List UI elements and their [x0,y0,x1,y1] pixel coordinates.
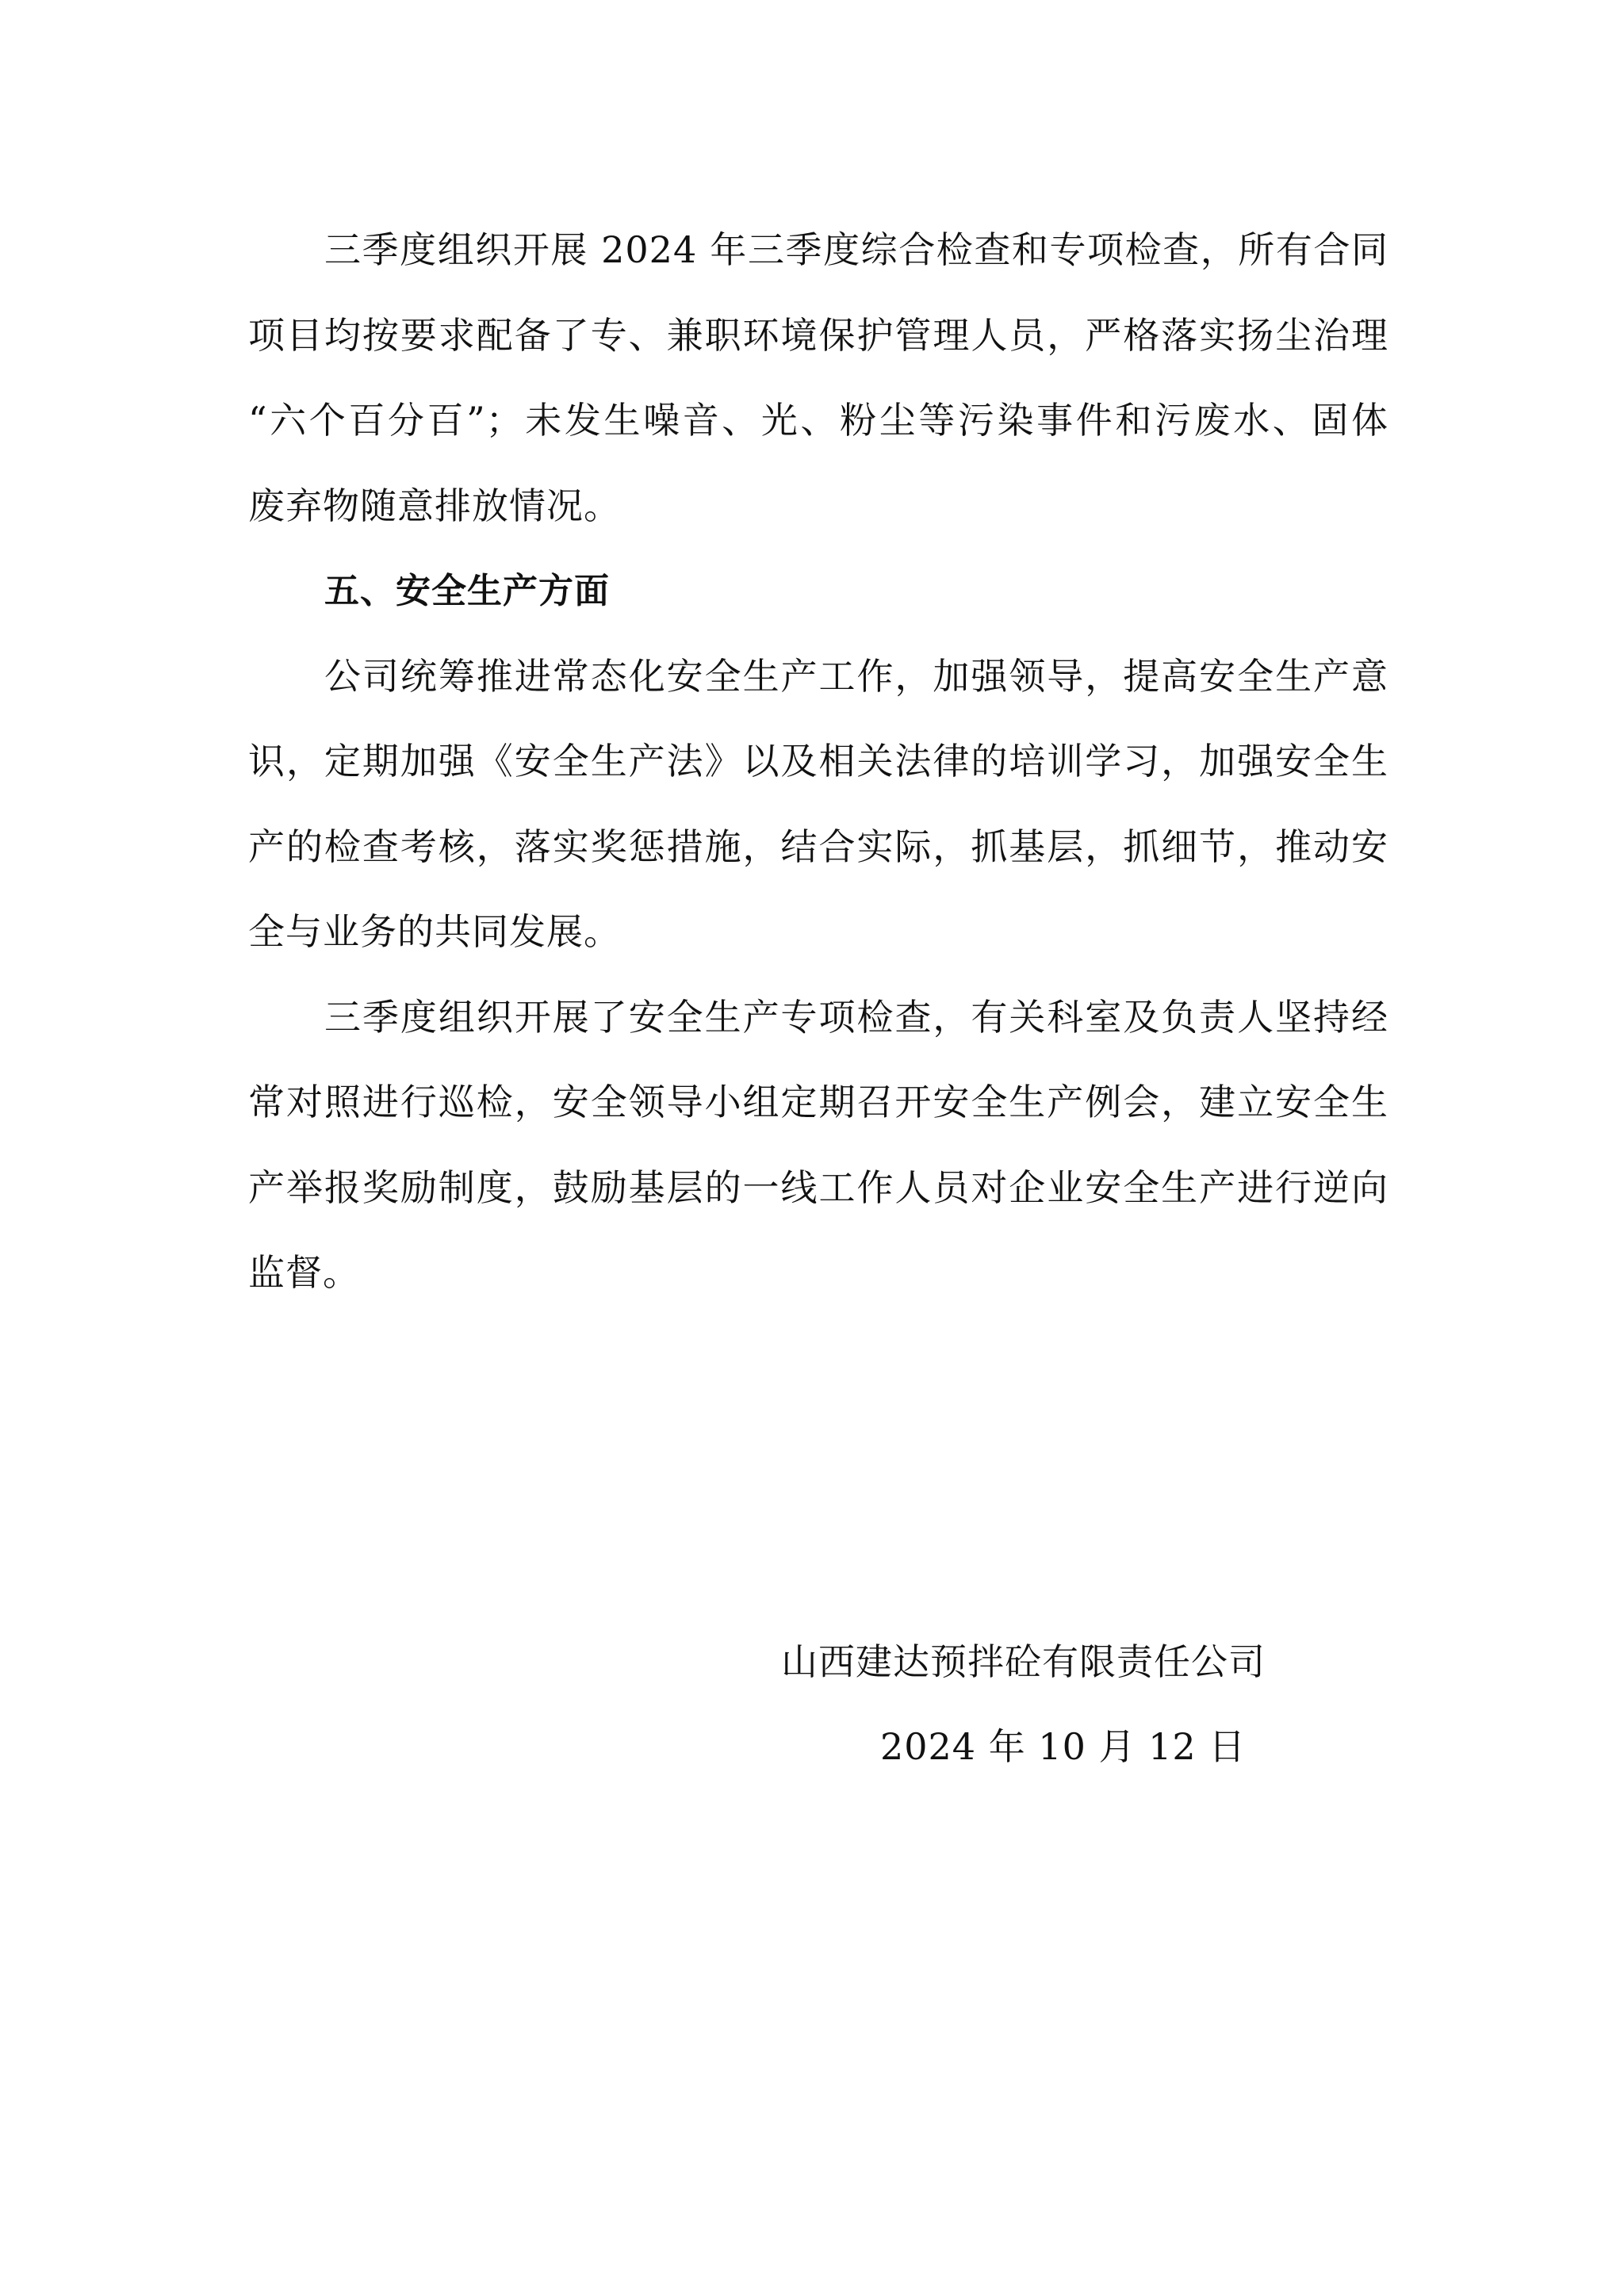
text-line: 常对照进行巡检，安全领导小组定期召开安全生产例会，建立安全生 [248,1060,1388,1146]
document-body: 三季度组织开展 2024 年三季度综合检查和专项检查，所有合同 项目均按要求配备… [248,208,1388,1316]
section-heading-safety-production: 五、安全生产方面 [248,549,1388,634]
signature-date: 2024 年 10 月 12 日 [880,1718,1246,1770]
text-line: 公司统筹推进常态化安全生产工作，加强领导，提高安全生产意 [248,634,1388,720]
signature-company-name: 山西建达预拌砼有限责任公司 [781,1633,1266,1686]
paragraph-safety-inspection: 三季度组织开展了安全生产专项检查，有关科室及负责人坚持经 常对照进行巡检，安全领… [248,975,1388,1316]
text-line: 项目均按要求配备了专、兼职环境保护管理人员，严格落实扬尘治理 [248,293,1388,379]
text-line: 废弃物随意排放情况。 [248,464,1388,549]
paragraph-safety-work: 公司统筹推进常态化安全生产工作，加强领导，提高安全生产意 识，定期加强《安全生产… [248,634,1388,975]
document-page: 三季度组织开展 2024 年三季度综合检查和专项检查，所有合同 项目均按要求配备… [0,0,1624,2296]
text-line: 监督。 [248,1230,1388,1316]
text-line: 产举报奖励制度，鼓励基层的一线工作人员对企业安全生产进行逆向 [248,1146,1388,1231]
text-line: 全与业务的共同发展。 [248,890,1388,975]
paragraph-environment-inspection: 三季度组织开展 2024 年三季度综合检查和专项检查，所有合同 项目均按要求配备… [248,208,1388,549]
text-line: 识，定期加强《安全生产法》以及相关法律的培训学习，加强安全生 [248,719,1388,805]
text-line: 三季度组织开展了安全生产专项检查，有关科室及负责人坚持经 [248,975,1388,1061]
text-line: “六个百分百”；未发生噪音、光、粉尘等污染事件和污废水、固体 [248,378,1388,464]
text-line: 三季度组织开展 2024 年三季度综合检查和专项检查，所有合同 [248,208,1388,293]
text-line: 产的检查考核，落实奖惩措施，结合实际，抓基层，抓细节，推动安 [248,805,1388,890]
